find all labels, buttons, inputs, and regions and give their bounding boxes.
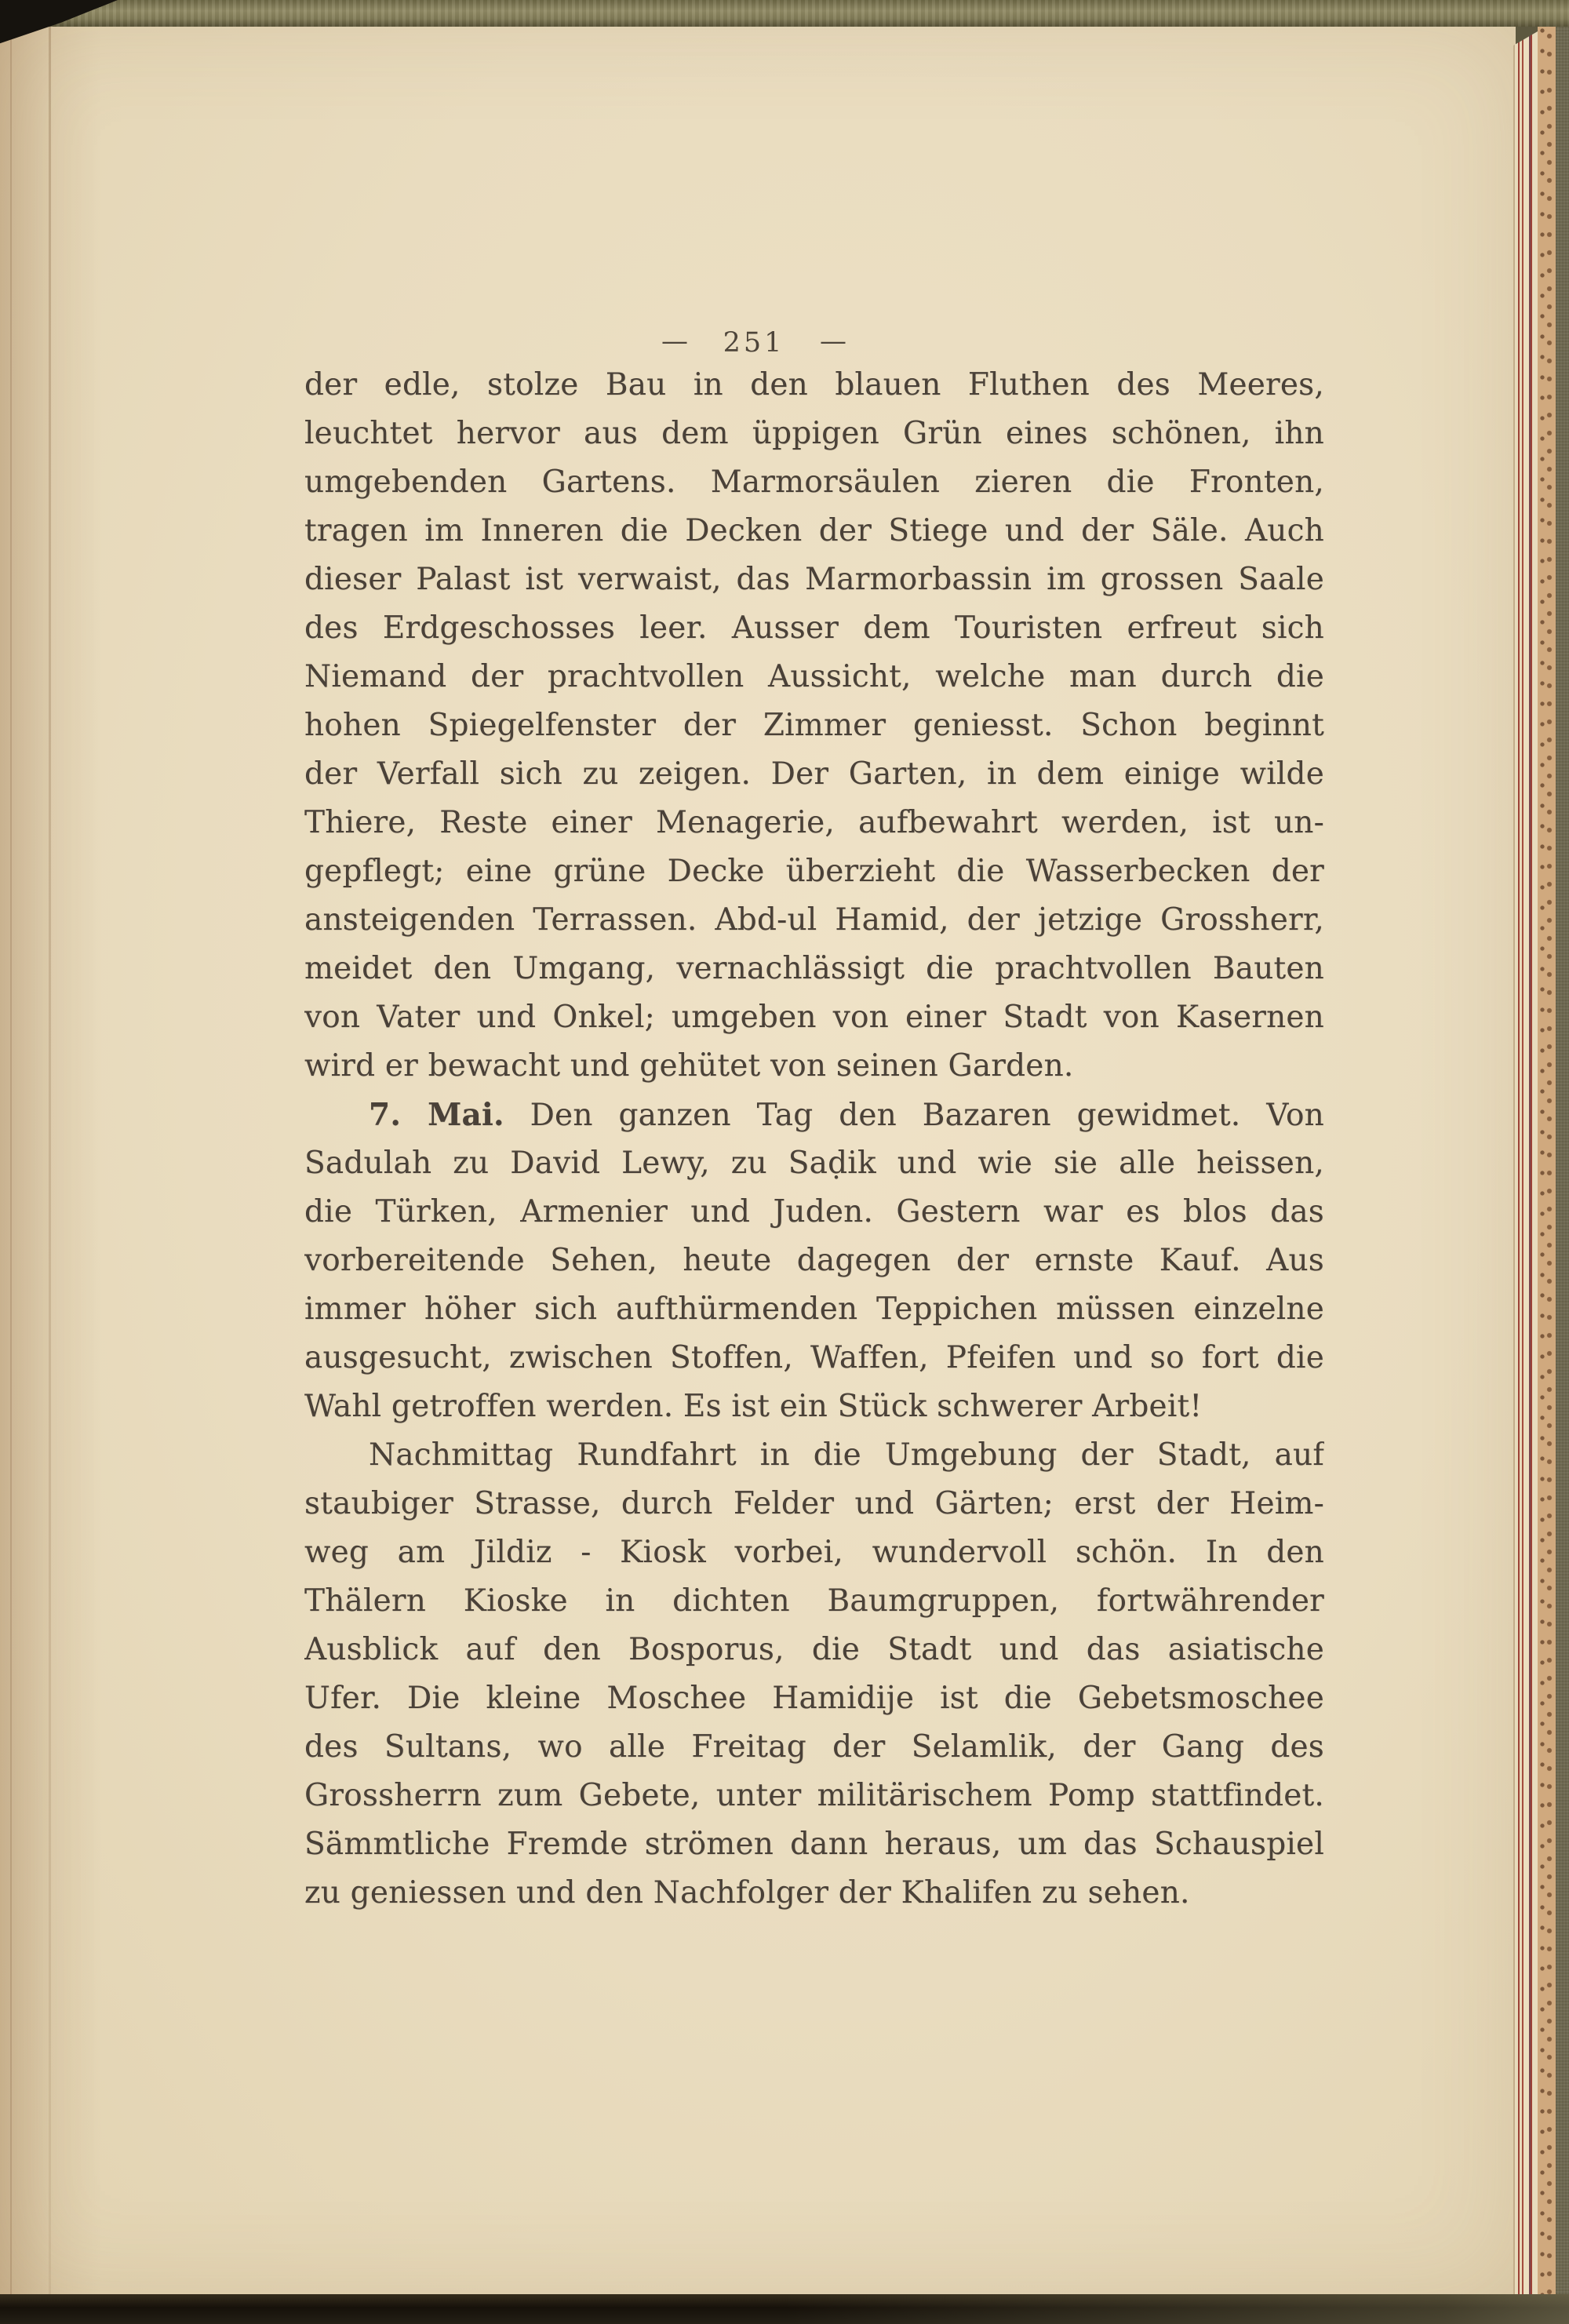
cover-cloth-right xyxy=(1556,22,1569,2324)
text-line: Sadulah zu David Lewy, zu Saḍik und wie … xyxy=(304,1139,1324,1188)
shadow-band-bottom xyxy=(0,2294,1569,2324)
text-line-diary-entry: 7. Mai. Den ganzen Tag den Bazaren gewid… xyxy=(304,1091,1324,1139)
text-line: umgebenden Gartens. Marmorsäulen zieren … xyxy=(304,458,1324,507)
header-dash-right: — xyxy=(820,326,846,357)
text-line: immer höher sich aufthürmenden Teppichen… xyxy=(304,1285,1324,1334)
text-line: vorbereitende Sehen, heute dagegen der e… xyxy=(304,1237,1324,1285)
page-edge-stack xyxy=(1513,31,1538,2297)
page-text: der edle, stolze Bau in den blauen Fluth… xyxy=(304,361,1324,1918)
text-line: Nachmittag Rundfahrt in die Umgebung der… xyxy=(304,1431,1324,1480)
text-line: ansteigenden Terrassen. Abd-ul Hamid, de… xyxy=(304,896,1324,945)
text-line: von Vater und Onkel; umgeben von einer S… xyxy=(304,993,1324,1042)
text-line: Den ganzen Tag den Bazaren gewidmet. Von xyxy=(530,1098,1324,1133)
gutter-crease xyxy=(49,25,51,2296)
text-line: staubiger Strasse, durch Felder und Gärt… xyxy=(304,1480,1324,1528)
text-line: ausgesucht, zwischen Stoffen, Waffen, Pf… xyxy=(304,1334,1324,1382)
cover-band-top xyxy=(0,0,1569,27)
text-line: Sämmtliche Fremde strömen dann heraus, u… xyxy=(304,1820,1324,1869)
text-line: Niemand der prachtvollen Aussicht, welch… xyxy=(304,653,1324,701)
text-line: meidet den Umgang, vernachlässigt die pr… xyxy=(304,945,1324,993)
date-label: 7. Mai. xyxy=(369,1097,504,1133)
gutter-shadow xyxy=(0,25,102,2296)
text-line: tragen im Inneren die Decken der Stiege … xyxy=(304,507,1324,556)
page-header: — 251 — xyxy=(661,323,846,362)
text-line: gepflegt; eine grüne Decke überzieht die… xyxy=(304,847,1324,896)
text-line: die Türken, Armenier und Juden. Gestern … xyxy=(304,1188,1324,1237)
text-line: Wahl getroffen werden. Es ist ein Stück … xyxy=(304,1382,1324,1431)
text-line: der edle, stolze Bau in den blauen Fluth… xyxy=(304,361,1324,410)
text-line: leuchtet hervor aus dem üppigen Grün ein… xyxy=(304,410,1324,458)
text-line: des Sultans, wo alle Freitag der Selamli… xyxy=(304,1723,1324,1772)
text-line: Ufer. Die kleine Moschee Hamidije ist di… xyxy=(304,1674,1324,1723)
text-line: Thälern Kioske in dichten Baumgruppen, f… xyxy=(304,1577,1324,1626)
text-line: zu geniessen und den Nachfolger der Khal… xyxy=(304,1869,1324,1918)
book-cover: — 251 — der edle, stolze Bau in den blau… xyxy=(0,0,1569,2324)
text-line: des Erdgeschosses leer. Ausser dem Touri… xyxy=(304,604,1324,653)
text-line: Thiere, Reste einer Menagerie, aufbewahr… xyxy=(304,799,1324,847)
page-edge-line xyxy=(10,25,12,2296)
page-number: 251 xyxy=(723,327,785,359)
text-line: dieser Palast ist verwaist, das Marmorba… xyxy=(304,556,1324,604)
endpaper-pattern-strip xyxy=(1538,27,1556,2297)
text-line: hohen Spiegelfenster der Zimmer geniesst… xyxy=(304,701,1324,750)
text-line: wird er bewacht und gehütet von seinen G… xyxy=(304,1042,1324,1091)
text-line: der Verfall sich zu zeigen. Der Garten, … xyxy=(304,750,1324,799)
text-line: Grossherrn zum Gebete, unter militärisch… xyxy=(304,1772,1324,1820)
text-line: Ausblick auf den Bosporus, die Stadt und… xyxy=(304,1626,1324,1674)
header-dash-left: — xyxy=(661,326,688,357)
book-page: — 251 — der edle, stolze Bau in den blau… xyxy=(0,25,1516,2296)
text-line: weg am Jildiz - Kiosk vorbei, wundervoll… xyxy=(304,1528,1324,1577)
